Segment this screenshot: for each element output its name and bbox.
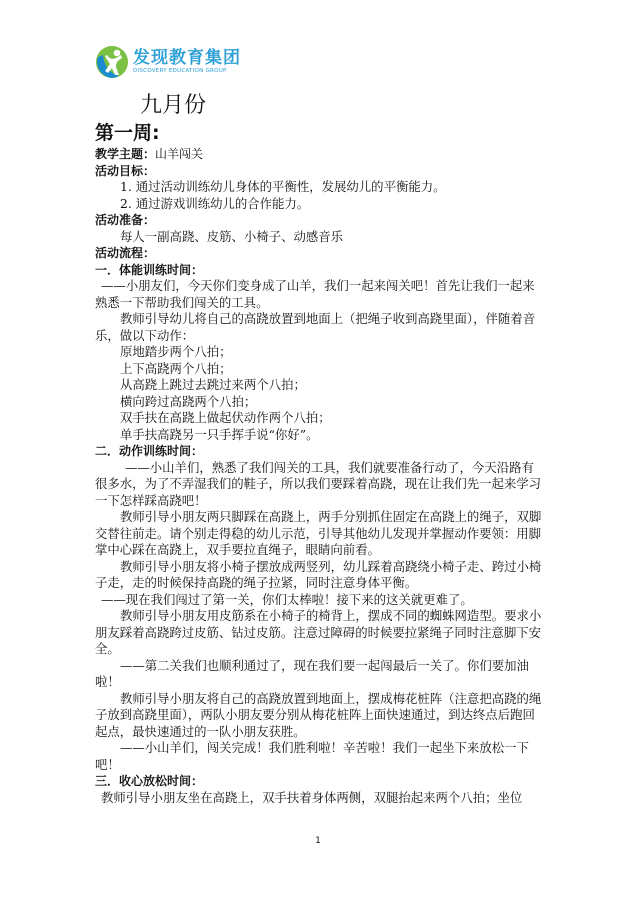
step-item: 单手扶高跷另一只手挥手说“你好”。 xyxy=(95,427,543,444)
goal-item: 1. 通过活动训练幼儿身体的平衡性，发展幼儿的平衡能力。 xyxy=(95,179,543,196)
section-heading: 三．收心放松时间： xyxy=(95,773,543,790)
paragraph: 教师引导小朋友坐在高跷上，双手扶着身体两侧，双腿抬起来两个八拍；坐位 xyxy=(95,790,543,807)
paragraph: ——小山羊们，闯关完成！我们胜利啦！辛苦啦！我们一起坐下来放松一下吧！ xyxy=(95,740,543,773)
paragraph: 教师引导幼儿将自己的高跷放置到地面上（把绳子收到高跷里面），伴随着音乐，做以下动… xyxy=(95,311,543,344)
logo-name-cn: 发现教育集团 xyxy=(133,49,241,68)
prep-text: 每人一副高跷、皮筋、小椅子、动感音乐 xyxy=(95,229,543,246)
teaching-theme: 教学主题：山羊闯关 xyxy=(95,146,543,163)
step-item: 上下高跷两个八拍； xyxy=(95,361,543,378)
paragraph: ——小山羊们，熟悉了我们闯关的工具，我们就要准备行动了，今天沿路有很多水，为了不… xyxy=(95,460,543,510)
page-number: 1 xyxy=(0,836,636,846)
process-label: 活动流程： xyxy=(95,245,543,262)
section-heading: 二．动作训练时间： xyxy=(95,443,543,460)
paragraph: ——小朋友们，今天你们变身成了山羊，我们一起来闯关吧！首先让我们一起来熟悉一下帮… xyxy=(95,278,543,311)
theme-value: 山羊闯关 xyxy=(155,147,203,161)
theme-label: 教学主题： xyxy=(95,147,155,161)
goals-label: 活动目标： xyxy=(95,163,543,180)
logo-emblem-icon xyxy=(95,45,129,79)
paragraph: 教师引导小朋友两只脚踩在高跷上，两手分别抓住固定在高跷上的绳子，双脚交替往前走。… xyxy=(95,509,543,559)
document-page: 发现教育集团 DISCOVERY EDUCATION GROUP 九月份 第一周… xyxy=(0,0,636,900)
company-logo: 发现教育集团 DISCOVERY EDUCATION GROUP xyxy=(95,44,241,80)
paragraph: 教师引导小朋友将小椅子摆放成两竖列，幼儿踩着高跷绕小椅子走、跨过小椅子走，走的时… xyxy=(95,559,543,592)
prep-label: 活动准备： xyxy=(95,212,543,229)
goal-item: 2. 通过游戏训练幼儿的合作能力。 xyxy=(95,196,543,213)
step-item: 从高跷上跳过去跳过来两个八拍； xyxy=(95,377,543,394)
section-heading: 一．体能训练时间： xyxy=(95,262,543,279)
paragraph: 教师引导小朋友用皮筋系在小椅子的椅背上，摆成不同的蜘蛛网造型。要求小朋友踩着高跷… xyxy=(95,608,543,658)
paragraph: 教师引导小朋友将自己的高跷放置到地面上，摆成梅花桩阵（注意把高跷的绳子放到高跷里… xyxy=(95,691,543,741)
paragraph: ——第二关我们也顺利通过了，现在我们要一起闯最后一关了。你们要加油啦！ xyxy=(95,658,543,691)
lesson-plan-body: 教学主题：山羊闯关 活动目标： 1. 通过活动训练幼儿身体的平衡性，发展幼儿的平… xyxy=(95,146,543,806)
step-item: 原地踏步两个八拍； xyxy=(95,344,543,361)
logo-name-en: DISCOVERY EDUCATION GROUP xyxy=(133,68,241,75)
week-title: 第一周: xyxy=(95,118,160,145)
step-item: 横向跨过高跷两个八拍； xyxy=(95,394,543,411)
step-item: 双手扶在高跷上做起伏动作两个八拍； xyxy=(95,410,543,427)
paragraph: ——现在我们闯过了第一关，你们太棒啦！接下来的这关就更难了。 xyxy=(95,592,543,609)
month-title: 九月份 xyxy=(140,88,206,119)
